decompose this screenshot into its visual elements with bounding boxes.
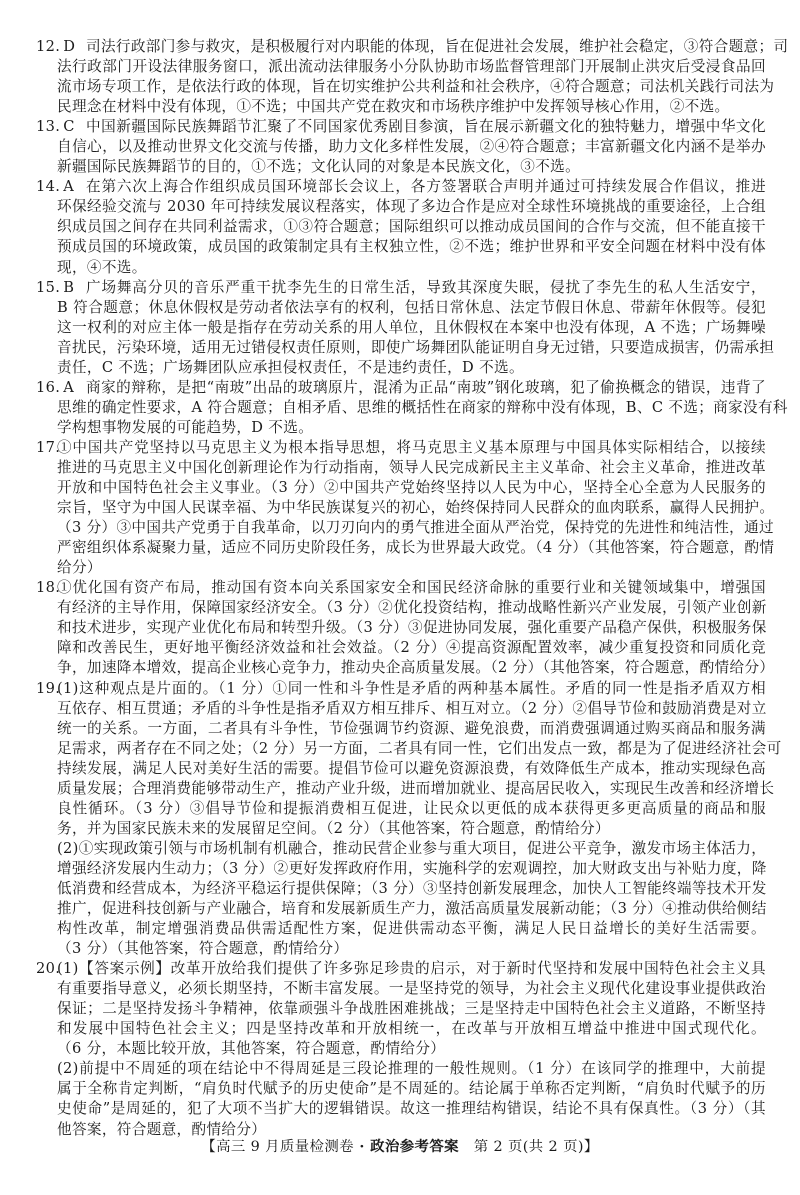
line-text: 持续发展，满足人民对美好生活的需要。提倡节俭可以避免资源浪费，有效降低生产成本，… xyxy=(57,759,766,779)
line-text: 预成员国的环境政策，成员国的政策制定具有主权独立性，②不选；维护世界和平安全问题… xyxy=(57,237,766,257)
line-text: 给分） xyxy=(57,558,766,578)
answer-choice: D xyxy=(63,38,75,55)
text-line: 史使命”是周延的，犯了大项不当扩大的逻辑错误。故这一推理结构错误，结论不具有保真… xyxy=(0,1099,800,1119)
text-line: 推进的马克思主义中国化创新理论作为行动指南，领导人民完成新民主主义革命、社会主义… xyxy=(0,458,800,478)
line-text: 有重要指导意义，必须长期坚持，不断丰富发展。一是坚持党的领导，为社会主义现代化建… xyxy=(57,979,766,999)
line-text: 民理念在材料中没有体现，①不选；中国共产党在救灾和市场秩序维护中发挥领导核心作用… xyxy=(57,97,766,117)
line-text: (2)前提中不周延的项在结论中不得周延是三段论推理的一般性规则。（1 分）在该同… xyxy=(57,1059,766,1079)
answer-item: 13.C中国新疆国际民族舞蹈节汇聚了不同国家优秀剧目参演，旨在展示新疆文化的独特… xyxy=(0,117,800,177)
text-line: 开放和中国特色社会主义事业。（3 分）②中国共产党始终坚持以人民为中心，坚持全心… xyxy=(0,478,800,498)
text-line: 统一的关系。一方面，二者具有斗争性，节俭强调节约资源、避免浪费，而消费强调通过购… xyxy=(0,719,800,739)
answer-item: 17.①中国共产党坚持以马克思主义为根本指导思想，将马克思主义基本原理与中国具体… xyxy=(0,438,800,578)
line-text: 史使命”是周延的，犯了大项不当扩大的逻辑错误。故这一推理结构错误，结论不具有保真… xyxy=(57,1099,766,1119)
line-text: 学构想事物发展的可能趋势，D 不选。 xyxy=(57,418,766,438)
answer-choice: A xyxy=(63,379,74,396)
text-line: 良性循环。（3 分）③倡导节俭和提振消费相互促进，让民众以更低的成本获得更多更高… xyxy=(0,799,800,819)
text-line: 14.A在第六次上海合作组织成员国环境部长会议上，各方签署联合声明并通过可持续发… xyxy=(0,177,800,197)
line-text: 有经济的主导作用，保障国家经济安全。（3 分）②优化投资结构，推动战略性新兴产业… xyxy=(57,598,766,618)
text-line: 严密组织体系凝聚力量，适应不同历史阶段任务，成长为世界最大政党。（4 分）（其他… xyxy=(0,538,800,558)
text-line: 流市场专项工作，是依法行政的体现，旨在切实维护公共利益和社会秩序，④符合题意；司… xyxy=(0,77,800,97)
text-line: 持续发展，满足人民对美好生活的需要。提倡节俭可以避免资源浪费，有效降低生产成本，… xyxy=(0,759,800,779)
question-number: 14.A xyxy=(36,177,74,197)
line-text: 推进的马克思主义中国化创新理论作为行动指南，领导人民完成新民主主义革命、社会主义… xyxy=(57,458,766,478)
text-line: 现，④不选。 xyxy=(0,258,800,278)
footer-open-bracket: 【 xyxy=(201,1139,216,1155)
answer-item: 19.(1)这种观点是片面的。（1 分）①同一性和斗争性是矛盾的两种基本属性。矛… xyxy=(0,679,800,960)
line-text: 严密组织体系凝聚力量，适应不同历史阶段任务，成长为世界最大政党。（4 分）（其他… xyxy=(57,538,766,558)
line-text: （6 分，本题比较开放，其他答案，符合题意，酌情给分） xyxy=(57,1039,766,1059)
line-text: 和技术进步，实现产业优化布局和转型升级。（3 分）③促进协同发展，强化重要产品稳… xyxy=(57,618,766,638)
line-text: 足需求，两者存在不同之处；（2 分）另一方面，二者具有同一性，它们出发点一致，都… xyxy=(57,739,766,759)
footer-close-bracket: 】 xyxy=(584,1139,599,1155)
text-line: 和发展中国特色社会主义；四是坚持改革和开放相统一，在改革与开放相互增益中推进中国… xyxy=(0,1019,800,1039)
line-text: 织成员国之间存在共同利益需求，①③符合题意；国际组织可以推动成员国间的合作与交流… xyxy=(57,217,766,237)
text-line: 18.①优化国有资产布局，推动国有资本向关系国家安全和国民经济命脉的重要行业和关… xyxy=(0,578,800,598)
text-line: 自信心，以及推动世界文化交流与传播，助力文化多样性发展，②④符合题意；丰富新疆文… xyxy=(0,137,800,157)
line-text: (1)这种观点是片面的。（1 分）①同一性和斗争性是矛盾的两种基本属性。矛盾的同… xyxy=(57,679,766,699)
line-text: 环保经验交流与 2030 年可持续发展议程落实，体现了多边合作是应对全球性环境挑… xyxy=(57,197,766,217)
line-text: 和发展中国特色社会主义；四是坚持改革和开放相统一，在改革与开放相互增益中推进中国… xyxy=(57,1019,766,1039)
text-line: 19.(1)这种观点是片面的。（1 分）①同一性和斗争性是矛盾的两种基本属性。矛… xyxy=(0,679,800,699)
text-line: 构性改革，制定增强消费品供需适配性方案，促进供需动态平衡，满足人民日益增长的美好… xyxy=(0,919,800,939)
answer-choice: C xyxy=(63,118,75,135)
line-text: 中国新疆国际民族舞蹈节汇聚了不同国家优秀剧目参演，旨在展示新疆文化的独特魅力，增… xyxy=(86,117,766,137)
answer-item: 15.B广场舞高分贝的音乐严重干扰李先生的日常生活，导致其深度失眠，侵扰了李先生… xyxy=(0,278,800,378)
question-number: 12.D xyxy=(36,37,75,57)
line-text: ①中国共产党坚持以马克思主义为根本指导思想，将马克思主义基本原理与中国具体实际相… xyxy=(57,438,766,458)
line-text: 统一的关系。一方面，二者具有斗争性，节俭强调节约资源、避免浪费，而消费强调通过购… xyxy=(57,719,766,739)
line-text: 自信心，以及推动世界文化交流与传播，助力文化多样性发展，②④符合题意；丰富新疆文… xyxy=(57,137,766,157)
line-text: 构性改革，制定增强消费品供需适配性方案，促进供需动态平衡，满足人民日益增长的美好… xyxy=(57,919,766,939)
answer-key-page: 12.D司法行政部门参与救灾，是积极履行对内职能的体现，旨在促进社会发展，维护社… xyxy=(0,37,800,1140)
question-number: 15.B xyxy=(36,278,74,298)
line-text: 互依存、相互贯通；矛盾的斗争性是指矛盾双方相互排斥、相互对立。（2 分）②倡导节… xyxy=(57,699,766,719)
line-text: 商家的辩称，是把“南玻”出品的玻璃原片，混淆为正品“南玻”钢化玻璃，犯了偷换概念… xyxy=(86,378,766,398)
line-text: 责任，C 不选；广场舞团队应承担侵权责任，不是违约责任，D 不选。 xyxy=(57,358,766,378)
line-text: 法行政部门开设法律服务窗口，派出流动法律服务小分队协助市场监督管理部门开展制止洪… xyxy=(57,57,766,77)
line-text: 现，④不选。 xyxy=(57,258,766,278)
text-line: 责任，C 不选；广场舞团队应承担侵权责任，不是违约责任，D 不选。 xyxy=(0,358,800,378)
question-number: 16.A xyxy=(36,378,74,398)
answer-item: 12.D司法行政部门参与救灾，是积极履行对内职能的体现，旨在促进社会发展，维护社… xyxy=(0,37,800,117)
text-line: 和技术进步，实现产业优化布局和转型升级。（3 分）③促进协同发展，强化重要产品稳… xyxy=(0,618,800,638)
line-text: 这一权利的对应主体一般是指存在劳动关系的用人单位，且休假权在本案中也没有体现，A… xyxy=(57,318,766,338)
text-line: 法行政部门开设法律服务窗口，派出流动法律服务小分队协助市场监督管理部门开展制止洪… xyxy=(0,57,800,77)
text-line: 音扰民，污染环境，适用无过错侵权责任原则，即使广场舞团队能证明自身无过错，只要造… xyxy=(0,338,800,358)
text-line: 预成员国的环境政策，成员国的政策制定具有主权独立性，②不选；维护世界和平安全问题… xyxy=(0,237,800,257)
answer-choice: A xyxy=(63,178,74,195)
text-line: (2)前提中不周延的项在结论中不得周延是三段论推理的一般性规则。（1 分）在该同… xyxy=(0,1059,800,1079)
question-number-label: 15. xyxy=(36,279,60,296)
text-line: 环保经验交流与 2030 年可持续发展议程落实，体现了多边合作是应对全球性环境挑… xyxy=(0,197,800,217)
answer-item: 14.A在第六次上海合作组织成员国环境部长会议上，各方签署联合声明并通过可持续发… xyxy=(0,177,800,277)
line-text: 新疆国际民族舞蹈节的目的，①不选；文化认同的对象是本民族文化，③不选。 xyxy=(57,157,766,177)
page-footer: 【高三 9 月质量检测卷 · 政治参考答案 第 2 页(共 2 页)】 xyxy=(0,1135,800,1156)
footer-exam-name: 高三 9 月质量检测卷 xyxy=(216,1139,354,1155)
text-line: 16.A商家的辩称，是把“南玻”出品的玻璃原片，混淆为正品“南玻”钢化玻璃，犯了… xyxy=(0,378,800,398)
answer-item: 18.①优化国有资产布局，推动国有资本向关系国家安全和国民经济命脉的重要行业和关… xyxy=(0,578,800,678)
question-number-label: 13. xyxy=(36,118,60,135)
text-line: 增强经济发展内生动力；（3 分）②更好发挥政府作用，实施科学的宏观调控，加大财政… xyxy=(0,859,800,879)
text-line: 低消费和经营成本，为经济平稳运行提供保障；（3 分）③坚持创新发展理念，加快人工… xyxy=(0,879,800,899)
text-line: 保证；二是坚持发扬斗争精神，依靠顽强斗争战胜困难挑战；三是坚持走中国特色社会主义… xyxy=(0,999,800,1019)
footer-subject: 政治参考答案 xyxy=(370,1138,459,1155)
text-line: 给分） xyxy=(0,558,800,578)
question-number-label: 14. xyxy=(36,178,60,195)
line-text: ①优化国有资产布局，推动国有资本向关系国家安全和国民经济命脉的重要行业和关键领域… xyxy=(57,578,766,598)
text-line: B 符合题意；休息休假权是劳动者依法享有的权利，包括日常休息、法定节假日休息、带… xyxy=(0,298,800,318)
question-number: 13.C xyxy=(36,117,75,137)
text-line: 足需求，两者存在不同之处；（2 分）另一方面，二者具有同一性，它们出发点一致，都… xyxy=(0,739,800,759)
footer-separator: · xyxy=(354,1138,370,1155)
line-text: 增强经济发展内生动力；（3 分）②更好发挥政府作用，实施科学的宏观调控，加大财政… xyxy=(57,859,766,879)
text-line: 互依存、相互贯通；矛盾的斗争性是指矛盾双方相互排斥、相互对立。（2 分）②倡导节… xyxy=(0,699,800,719)
answer-choice: B xyxy=(63,279,74,296)
line-text: （3 分）（其他答案，符合题意，酌情给分） xyxy=(57,939,766,959)
line-text: 障和改善民生，更好地平衡经济效益和社会效益。（2 分）④提高资源配置效率，减少重… xyxy=(57,638,766,658)
text-line: 12.D司法行政部门参与救灾，是积极履行对内职能的体现，旨在促进社会发展，维护社… xyxy=(0,37,800,57)
line-text: 低消费和经营成本，为经济平稳运行提供保障；（3 分）③坚持创新发展理念，加快人工… xyxy=(57,879,766,899)
text-line: 民理念在材料中没有体现，①不选；中国共产党在救灾和市场秩序维护中发挥领导核心作用… xyxy=(0,97,800,117)
question-number-label: 16. xyxy=(36,379,60,396)
answer-item: 16.A商家的辩称，是把“南玻”出品的玻璃原片，混淆为正品“南玻”钢化玻璃，犯了… xyxy=(0,378,800,438)
text-line: 属于全称肯定判断，“肩负时代赋予的历史使命”是不周延的。结论属于单称否定判断，“… xyxy=(0,1079,800,1099)
line-text: 保证；二是坚持发扬斗争精神，依靠顽强斗争战胜困难挑战；三是坚持走中国特色社会主义… xyxy=(57,999,766,1019)
line-text: 质量发展；合理消费能够带动生产，推动产业升级，进而增加就业、提高居民收入，实现民… xyxy=(57,779,766,799)
footer-page-info: 第 2 页(共 2 页) xyxy=(459,1139,584,1155)
text-line: 宗旨，坚守为中国人民谋幸福、为中华民族谋复兴的初心，始终保持同人民群众的血肉联系… xyxy=(0,498,800,518)
answer-item: 20.(1)【答案示例】改革开放给我们提供了许多弥足珍贵的启示，对于新时代坚持和… xyxy=(0,959,800,1139)
line-text: (1)【答案示例】改革开放给我们提供了许多弥足珍贵的启示，对于新时代坚持和发展中… xyxy=(57,959,766,979)
line-text: B 符合题意；休息休假权是劳动者依法享有的权利，包括日常休息、法定节假日休息、带… xyxy=(57,298,766,318)
line-text: 宗旨，坚守为中国人民谋幸福、为中华民族谋复兴的初心，始终保持同人民群众的血肉联系… xyxy=(57,498,766,518)
line-text: (2)①实现政策引领与市场机制有机融合，推动民营企业参与重大项目，促进公平竞争，… xyxy=(57,839,766,859)
text-line: (2)①实现政策引领与市场机制有机融合，推动民营企业参与重大项目，促进公平竞争，… xyxy=(0,839,800,859)
line-text: 良性循环。（3 分）③倡导节俭和提振消费相互促进，让民众以更低的成本获得更多更高… xyxy=(57,799,766,819)
text-line: 学构想事物发展的可能趋势，D 不选。 xyxy=(0,418,800,438)
line-text: 司法行政部门参与救灾，是积极履行对内职能的体现，旨在促进社会发展，维护社会稳定，… xyxy=(86,37,766,57)
text-line: （6 分，本题比较开放，其他答案，符合题意，酌情给分） xyxy=(0,1039,800,1059)
line-text: 广场舞高分贝的音乐严重干扰李先生的日常生活，导致其深度失眠，侵扰了李先生的私人生… xyxy=(86,278,766,298)
text-line: 务，并为国家民族未来的发展留足空间。（2 分）（其他答案，符合题意，酌情给分） xyxy=(0,819,800,839)
line-text: （3 分）③中国共产党勇于自我革命，以刀刃向内的勇气推进全面从严治党，保持党的先… xyxy=(57,518,766,538)
line-text: 属于全称肯定判断，“肩负时代赋予的历史使命”是不周延的。结论属于单称否定判断，“… xyxy=(57,1079,766,1099)
text-line: （3 分）（其他答案，符合题意，酌情给分） xyxy=(0,939,800,959)
text-line: 争，加速降本增效，提高企业核心竞争力，推动央企高质量发展。（2 分）（其他答案，… xyxy=(0,658,800,678)
line-text: 务，并为国家民族未来的发展留足空间。（2 分）（其他答案，符合题意，酌情给分） xyxy=(57,819,766,839)
text-line: 推广，促进科技创新与产业融合，培育和发展新质生产力，激活高质量发展新动能；（3 … xyxy=(0,899,800,919)
text-line: 有经济的主导作用，保障国家经济安全。（3 分）②优化投资结构，推动战略性新兴产业… xyxy=(0,598,800,618)
text-line: 织成员国之间存在共同利益需求，①③符合题意；国际组织可以推动成员国间的合作与交流… xyxy=(0,217,800,237)
line-text: 流市场专项工作，是依法行政的体现，旨在切实维护公共利益和社会秩序，④符合题意；司… xyxy=(57,77,766,97)
text-line: 15.B广场舞高分贝的音乐严重干扰李先生的日常生活，导致其深度失眠，侵扰了李先生… xyxy=(0,278,800,298)
text-line: 思维的确定性要求，A 符合题意；自相矛盾、思维的概括性在商家的辩称中没有体现，B… xyxy=(0,398,800,418)
text-line: 20.(1)【答案示例】改革开放给我们提供了许多弥足珍贵的启示，对于新时代坚持和… xyxy=(0,959,800,979)
text-line: 新疆国际民族舞蹈节的目的，①不选；文化认同的对象是本民族文化，③不选。 xyxy=(0,157,800,177)
question-number-label: 12. xyxy=(36,38,60,55)
text-line: 有重要指导意义，必须长期坚持，不断丰富发展。一是坚持党的领导，为社会主义现代化建… xyxy=(0,979,800,999)
line-text: 思维的确定性要求，A 符合题意；自相矛盾、思维的概括性在商家的辩称中没有体现，B… xyxy=(57,398,766,418)
text-line: 13.C中国新疆国际民族舞蹈节汇聚了不同国家优秀剧目参演，旨在展示新疆文化的独特… xyxy=(0,117,800,137)
line-text: 开放和中国特色社会主义事业。（3 分）②中国共产党始终坚持以人民为中心，坚持全心… xyxy=(57,478,766,498)
line-text: 推广，促进科技创新与产业融合，培育和发展新质生产力，激活高质量发展新动能；（3 … xyxy=(57,899,766,919)
text-line: 这一权利的对应主体一般是指存在劳动关系的用人单位，且休假权在本案中也没有体现，A… xyxy=(0,318,800,338)
text-line: （3 分）③中国共产党勇于自我革命，以刀刃向内的勇气推进全面从严治党，保持党的先… xyxy=(0,518,800,538)
line-text: 在第六次上海合作组织成员国环境部长会议上，各方签署联合声明并通过可持续发展合作倡… xyxy=(86,177,766,197)
text-line: 17.①中国共产党坚持以马克思主义为根本指导思想，将马克思主义基本原理与中国具体… xyxy=(0,438,800,458)
line-text: 争，加速降本增效，提高企业核心竞争力，推动央企高质量发展。（2 分）（其他答案，… xyxy=(57,658,766,678)
text-line: 质量发展；合理消费能够带动生产，推动产业升级，进而增加就业、提高居民收入，实现民… xyxy=(0,779,800,799)
text-line: 障和改善民生，更好地平衡经济效益和社会效益。（2 分）④提高资源配置效率，减少重… xyxy=(0,638,800,658)
line-text: 音扰民，污染环境，适用无过错侵权责任原则，即使广场舞团队能证明自身无过错，只要造… xyxy=(57,338,766,358)
